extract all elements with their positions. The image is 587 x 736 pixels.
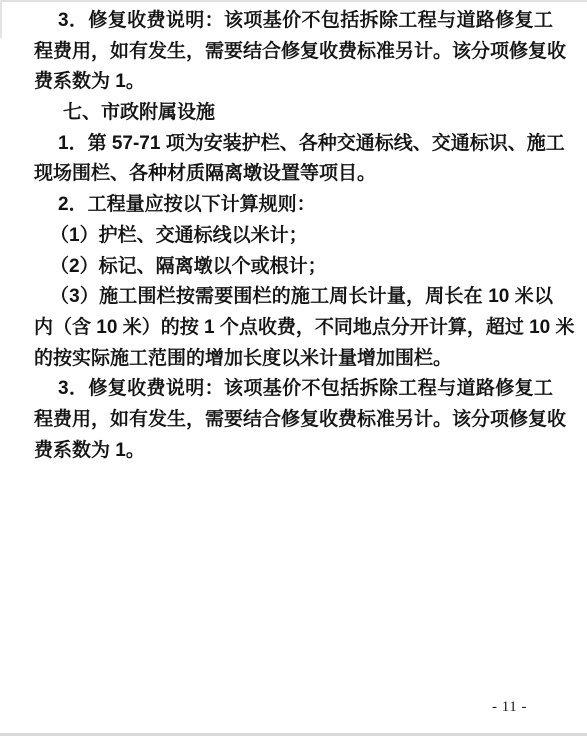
text-line: 现场围栏、各种材质隔离墩设置等项目。 bbox=[34, 159, 553, 190]
body-text: 3．修复收费说明：该项基价不包括拆除工程与道路修复工 程费用，如有发生，需要结合… bbox=[34, 6, 553, 466]
text-line: 1．第 57-71 项为安装护栏、各种交通标线、交通标识、施工 bbox=[34, 129, 553, 160]
text-line: 的按实际施工范围的增加长度以米计量增加围栏。 bbox=[34, 344, 553, 375]
scan-edge-left bbox=[0, 0, 2, 38]
text-line: 内（含 10 米）的按 1 个点收费，不同地点分开计算，超过 10 米 bbox=[34, 313, 553, 344]
text-line: 程费用，如有发生，需要结合修复收费标准另计。该分项修复收 bbox=[34, 405, 553, 436]
text-line: （1）护栏、交通标线以米计； bbox=[34, 221, 553, 252]
document-page: 3．修复收费说明：该项基价不包括拆除工程与道路修复工 程费用，如有发生，需要结合… bbox=[0, 0, 587, 736]
section-heading: 七、市政附属设施 bbox=[34, 98, 553, 129]
text-line: 费系数为 1。 bbox=[34, 436, 553, 467]
scan-edge-top bbox=[0, 0, 587, 2]
text-line: （3）施工围栏按需要围栏的施工周长计量，周长在 10 米以 bbox=[34, 282, 553, 313]
text-line: 3．修复收费说明：该项基价不包括拆除工程与道路修复工 bbox=[34, 6, 553, 37]
text-line: 程费用，如有发生，需要结合修复收费标准另计。该分项修复收 bbox=[34, 37, 553, 68]
text-line: 3．修复收费说明：该项基价不包括拆除工程与道路修复工 bbox=[34, 374, 553, 405]
text-line: 费系数为 1。 bbox=[34, 67, 553, 98]
page-number: - 11 - bbox=[492, 699, 527, 716]
text-line: 2．工程量应按以下计算规则： bbox=[34, 190, 553, 221]
text-line: （2）标记、隔离墩以个或根计； bbox=[34, 252, 553, 283]
